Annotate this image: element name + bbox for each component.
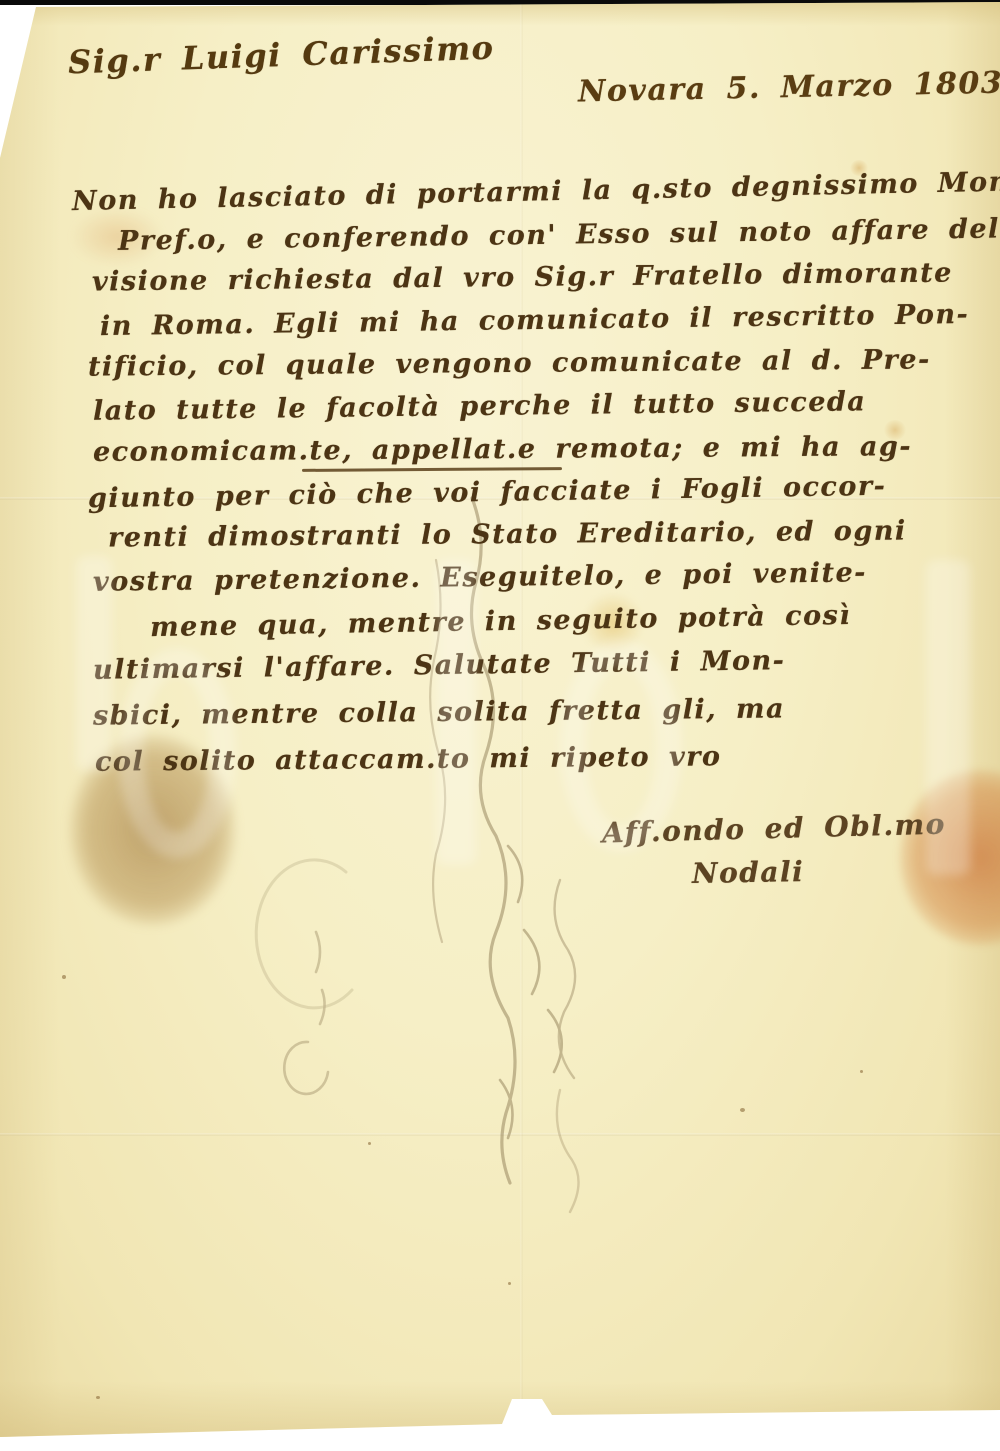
body-line: renti dimostranti lo Stato Ereditario, e… <box>108 516 907 554</box>
body-line: visione richiesta dal vro Sig.r Fratello… <box>92 257 953 297</box>
paper-speck <box>62 975 66 979</box>
paper-speck <box>96 1396 100 1399</box>
body-line: tificio, col quale vengono comunicate al… <box>88 344 931 382</box>
body-line: lato tutte le facoltà perche il tutto su… <box>93 386 867 426</box>
body-line: mene qua, mentre in seguito potrà così <box>150 600 852 643</box>
body-line: in Roma. Egli mi ha comunicato il rescri… <box>100 299 970 342</box>
closing-formula: Aff.ondo ed Obl.mo <box>602 808 947 850</box>
paper-speck <box>860 1070 863 1073</box>
hand-underline <box>302 467 562 472</box>
body-line: ultimarsi l'affare. Salutate Tutti i Mon… <box>93 645 786 686</box>
paper-speck <box>740 1108 745 1112</box>
body-line: giunto per ciò che voi facciate i Fogli … <box>88 471 887 515</box>
body-line: Pref.o, e conferendo con' Esso sul noto … <box>118 212 1000 257</box>
signature: Nodali <box>692 855 805 890</box>
body-line: sbici, mentre colla solita fretta gli, m… <box>93 693 785 731</box>
body-line: economicam.te, appellat.e remota; e mi h… <box>93 431 912 468</box>
letter-paper: Sig.r Luigi Carissimo Novara 5. Marzo 18… <box>0 0 1000 1451</box>
horizontal-fold-crease <box>0 1133 1000 1136</box>
body-line: col solito attaccam.to mi ripeto vro <box>95 741 722 777</box>
body-line: Non ho lasciato di portarmi la q.sto deg… <box>72 166 1000 217</box>
letter-scan: Sig.r Luigi Carissimo Novara 5. Marzo 18… <box>0 0 1000 1451</box>
paper-speck <box>508 1282 511 1285</box>
right-rust-stain <box>900 770 1000 945</box>
salutation: Sig.r Luigi Carissimo <box>67 29 495 82</box>
dateline: Novara 5. Marzo 1803 <box>578 66 1000 110</box>
paper-speck <box>368 1142 371 1145</box>
body-line: vostra pretenzione. Eseguitelo, e poi ve… <box>93 557 867 597</box>
